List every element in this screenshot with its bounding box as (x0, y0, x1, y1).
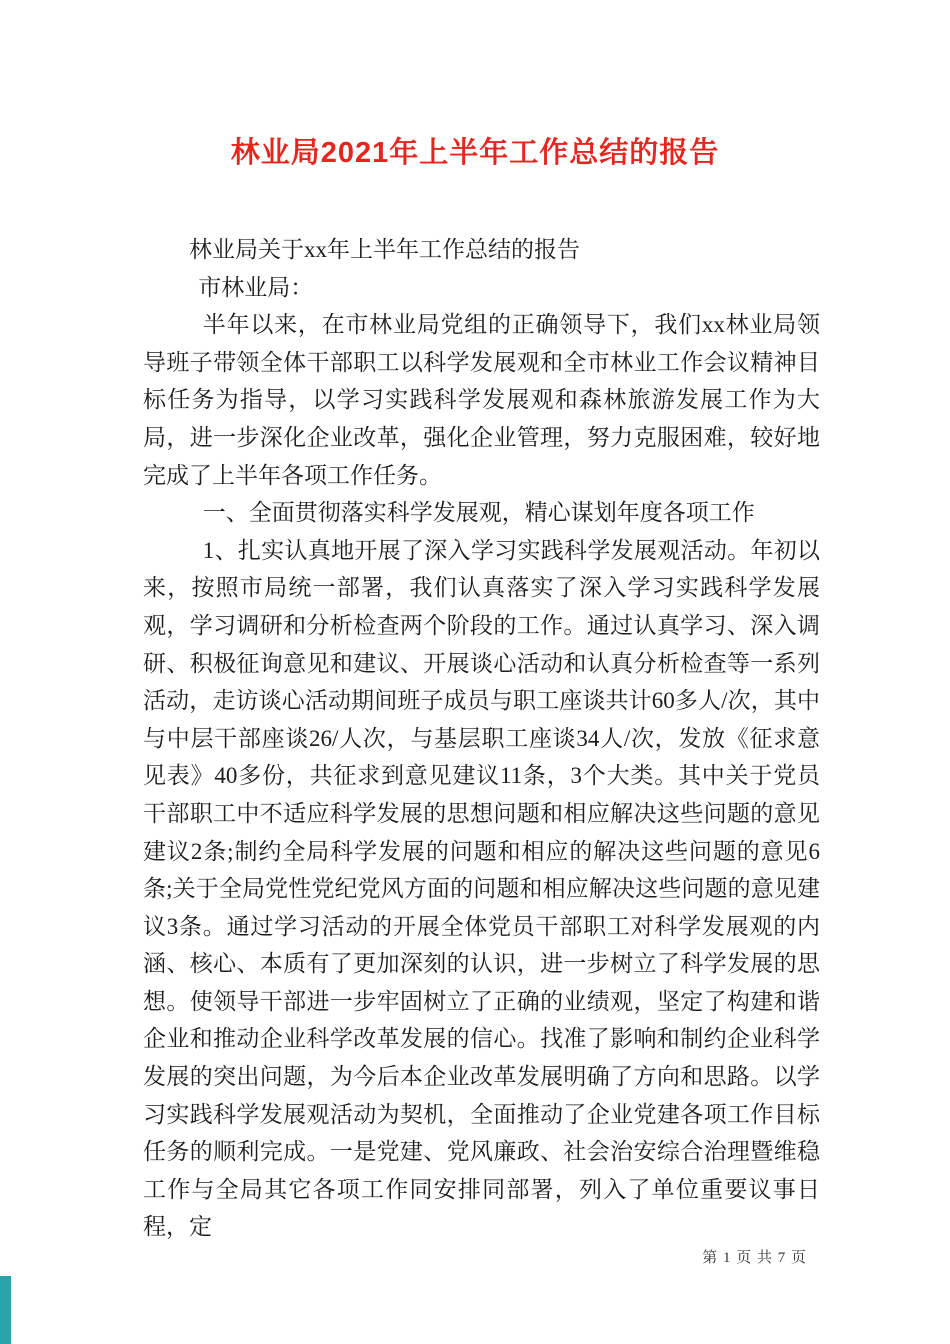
page-edge-accent-strip (0, 1276, 11, 1344)
paragraph-salutation: 市林业局： (143, 269, 820, 307)
paragraph-intro: 半年以来，在市林业局党组的正确领导下，我们xx林业局领导班子带领全体干部职工以科… (143, 306, 820, 494)
document-body: 林业局关于xx年上半年工作总结的报告 市林业局： 半年以来，在市林业局党组的正确… (143, 231, 820, 1246)
document-title: 林业局2021年上半年工作总结的报告 (0, 130, 950, 171)
paragraph-section-body: 1、扎实认真地开展了深入学习实践科学发展观活动。年初以来，按照市局统一部署，我们… (143, 532, 820, 1246)
document-page: 林业局2021年上半年工作总结的报告 林业局关于xx年上半年工作总结的报告 市林… (0, 0, 950, 1344)
page-number-indicator: 第 1 页 共 7 页 (702, 1246, 807, 1267)
paragraph-section-heading: 一、全面贯彻落实科学发展观，精心谋划年度各项工作 (143, 494, 820, 532)
paragraph-subtitle: 林业局关于xx年上半年工作总结的报告 (143, 231, 820, 269)
